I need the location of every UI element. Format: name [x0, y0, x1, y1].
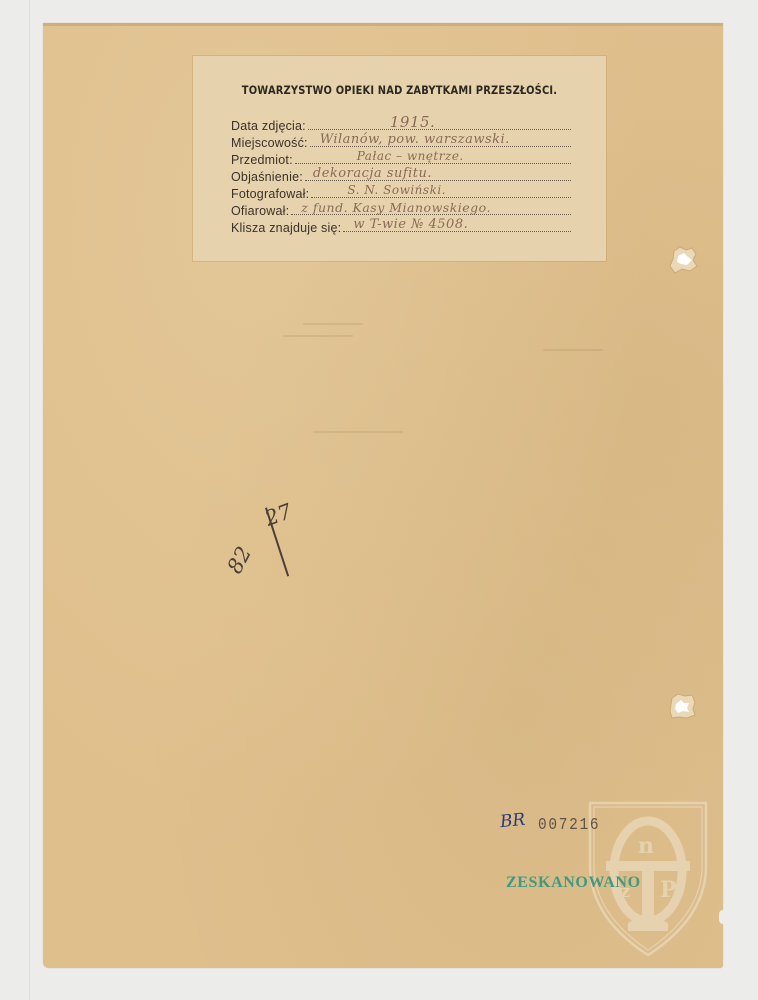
show-through-mark	[283, 335, 353, 337]
punch-hole-lower	[665, 691, 699, 721]
field-dotted-line: dekoracja sufitu.	[305, 166, 571, 181]
field-donor: Ofiarował: z fund. Kasy Mianowskiego.	[231, 200, 571, 218]
punch-hole-upper	[666, 245, 700, 275]
scanned-stamp: ZESKANOWANO	[506, 874, 641, 892]
field-dotted-line: w T-wie № 4508.	[343, 217, 571, 232]
scan-background-edge	[29, 0, 30, 1000]
field-value: 1915.	[390, 115, 435, 130]
show-through-mark	[303, 323, 363, 325]
paper-edge-notch	[719, 910, 725, 924]
field-label: Fotografował:	[231, 187, 309, 201]
handwritten-shelf-mark-right: 27	[262, 499, 295, 531]
field-value: Pałac – wnętrze.	[357, 149, 464, 164]
field-label: Przedmiot:	[231, 153, 293, 167]
handwritten-shelf-mark-left: 82	[222, 543, 256, 578]
field-label: Ofiarował:	[231, 204, 289, 218]
field-label: Objaśnienie:	[231, 170, 303, 184]
field-dotted-line: Wilanów, pow. warszawski.	[310, 132, 571, 147]
field-dotted-line: 1915.	[308, 115, 571, 130]
field-label: Data zdjęcia:	[231, 119, 306, 133]
field-negative-location: Klisza znajduje się: w T-wie № 4508.	[231, 217, 571, 235]
svg-text:P: P	[660, 877, 677, 903]
handwritten-br-initials: BR	[499, 810, 526, 833]
field-label: Klisza znajduje się:	[231, 221, 341, 235]
show-through-mark	[543, 349, 603, 351]
field-dotted-line: Pałac – wnętrze.	[295, 149, 571, 164]
document-page: TOWARZYSTWO OPIEKI NAD ZABYTKAMI PRZESZŁ…	[43, 23, 723, 968]
society-label-card: TOWARZYSTWO OPIEKI NAD ZABYTKAMI PRZESZŁ…	[193, 56, 606, 261]
field-value: S. N. Sowiński.	[347, 183, 446, 198]
inventory-number-stamp: 007216	[538, 816, 600, 835]
field-subject: Przedmiot: Pałac – wnętrze.	[231, 149, 571, 167]
field-value: z fund. Kasy Mianowskiego.	[301, 200, 491, 215]
field-value: Wilanów, pow. warszawski.	[320, 132, 510, 147]
show-through-mark	[313, 431, 403, 433]
field-dotted-line: S. N. Sowiński.	[311, 183, 571, 198]
field-label: Miejscowość:	[231, 136, 308, 150]
field-value: dekoracja sufitu.	[313, 166, 432, 181]
field-location: Miejscowość: Wilanów, pow. warszawski.	[231, 132, 571, 150]
field-dotted-line: z fund. Kasy Mianowskiego.	[291, 200, 571, 215]
label-title: TOWARZYSTWO OPIEKI NAD ZABYTKAMI PRZESZŁ…	[222, 83, 577, 97]
field-photo-date: Data zdjęcia: 1915.	[231, 115, 571, 133]
paper-top-edge	[43, 23, 723, 26]
svg-text:n: n	[638, 833, 654, 859]
field-photographer: Fotografował: S. N. Sowiński.	[231, 183, 571, 201]
field-description: Objaśnienie: dekoracja sufitu.	[231, 166, 571, 184]
field-value: w T-wie № 4508.	[353, 217, 468, 232]
